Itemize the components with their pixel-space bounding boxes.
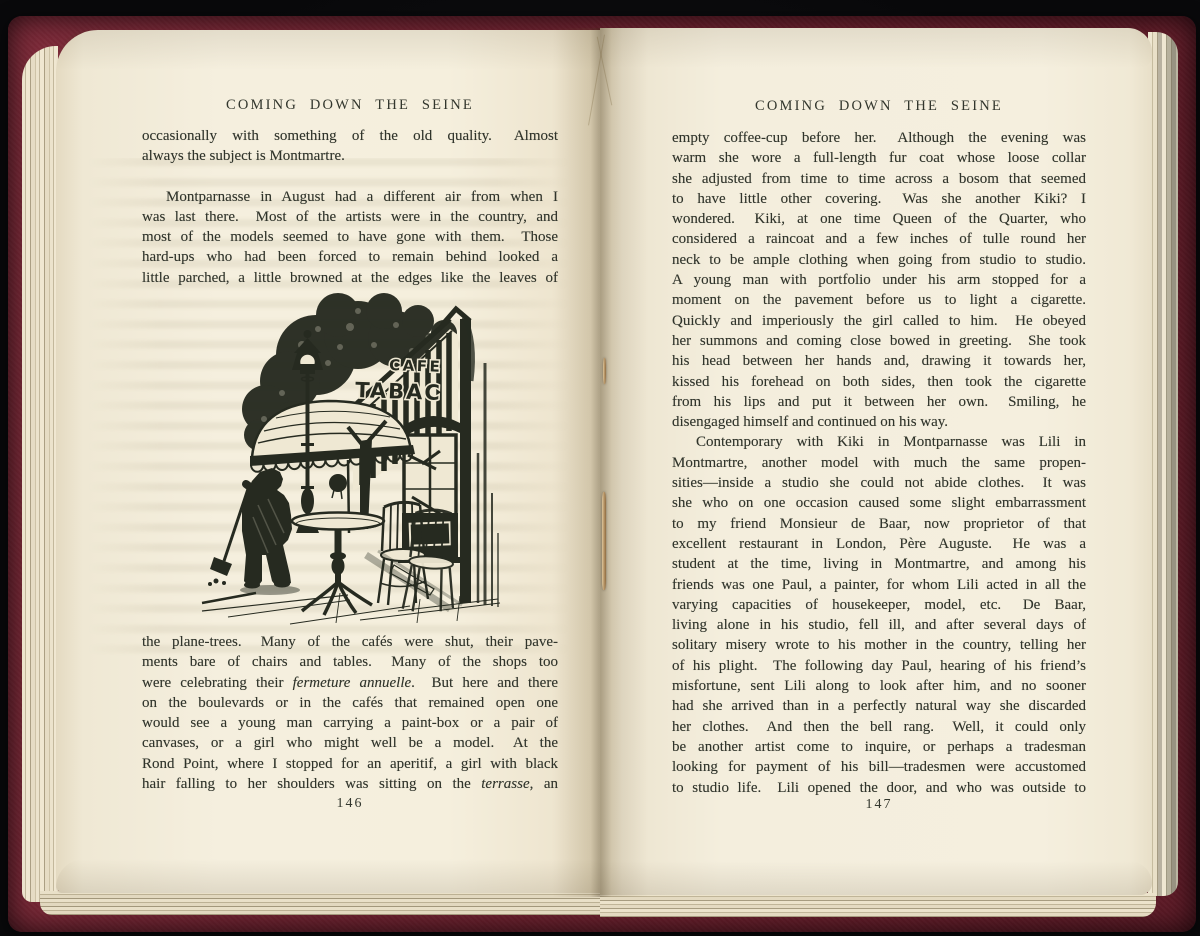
text-line: occasionally with something of the old q… [142,126,558,146]
text-line: sities—inside a studio she could not abi… [672,473,1086,493]
page-shading [600,861,1152,895]
text-line: was last there. Most of the artists were… [142,207,558,227]
broom-head [210,557,232,576]
text-line: kissed his forehead on both sides, then … [672,372,1086,392]
running-head-right: COMING DOWN THE SEINE [672,98,1086,115]
text-line: to have little other covering. Was she a… [672,189,1086,209]
page-shading [600,28,1152,68]
paragraph: the plane-trees. Many of the cafés were … [142,632,558,794]
text-line: Rond Point, where I stopped for an aperi… [142,754,558,774]
right-page-text-block: empty coffee-cup before her. Although th… [672,128,1086,798]
text-line: wondered. Kiki, at one time Queen of the… [672,209,1086,229]
right-page: COMING DOWN THE SEINE empty coffee-cup b… [600,28,1152,895]
text-line: living alone in his studio, fell ill, an… [672,615,1086,635]
text-line: Quickly and imperiously the girl called … [672,311,1086,331]
text-line: canvases, or a girl who might well be a … [142,733,558,753]
book-photograph: COMING DOWN THE SEINE occasionally with … [0,0,1200,936]
text-line: warm she wore a full-length fur coat who… [672,148,1086,168]
text-line: looking for payment of his bill—tradesme… [672,757,1086,777]
sign-cafe-text: CAFE [389,356,443,376]
sign-tabac-text: TABAC [355,378,442,405]
man-figure [208,468,292,589]
text-line: his head between her hands and, drawing … [672,351,1086,371]
paragraph: Montparnasse in August had a different a… [142,187,558,288]
text-line: varying capacities of housekeeper, model… [672,595,1086,615]
text-line: neck to be ample clothing when going fro… [672,250,1086,270]
text-line: ments bare of chairs and tables. Many of… [142,652,558,672]
text-line: be another artist come to inquire, or pe… [672,737,1086,757]
running-head-left: COMING DOWN THE SEINE [142,97,558,114]
left-page: COMING DOWN THE SEINE occasionally with … [56,30,600,893]
cafe-tabac-drawing: CAFE TABAC [198,293,518,627]
text-line: hard-ups who had been forced to remain b… [142,247,558,267]
text-line: her summons and coming close bowed in gr… [672,331,1086,351]
text-line: to studio life. Lili opened the door, an… [672,778,1086,798]
binding-thread [602,492,606,590]
text-line: she adjusted from time to time across a … [672,169,1086,189]
page-edges-right [1148,32,1178,896]
cafe-tabac-illustration: CAFE TABAC [198,293,518,627]
left-page-text-block-1: occasionally with something of the old q… [142,126,558,288]
text-line: disengaged himself and continued on his … [672,412,1086,432]
text-line: Contemporary with Kiki in Montparnasse w… [672,432,1086,452]
text-line: little parched, a little browned at the … [142,268,558,288]
left-page-text-block-2: the plane-trees. Many of the cafés were … [142,632,558,794]
page-number-left: 146 [142,796,558,812]
text-line: Montparnasse in August had a different a… [142,187,558,207]
page-edges-bottom-right [600,893,1156,917]
text-line: of his plight. The following day Paul, h… [672,656,1086,676]
paragraph: empty coffee-cup before her. Although th… [672,128,1086,432]
text-line: would see a young man carrying a paint-b… [142,713,558,733]
text-line: hair falling to her shoulders was sittin… [142,774,558,794]
paragraph: Contemporary with Kiki in Montparnasse w… [672,432,1086,797]
hanging-basket [329,474,347,492]
text-line: Montmartre, another model with much the … [672,453,1086,473]
text-line: she who on one occasion caused some slig… [672,493,1086,513]
text-line: always the subject is Montmartre. [142,146,558,166]
text-line: misfortune, sent Lili along to look afte… [672,676,1086,696]
text-line: student at the time, living in Montmartr… [672,554,1086,574]
text-line: her clothes. And then the bell rang. Wel… [672,717,1086,737]
paragraph: occasionally with something of the old q… [142,126,558,167]
wall-shadow-hatching [478,363,498,607]
text-line: excellent restaurant in London, Père Aug… [672,534,1086,554]
text-line: friends was one Paul, a painter, for who… [672,575,1086,595]
text-line: moment on the pavement before us to ligh… [672,290,1086,310]
page-edges-bottom-left [40,891,600,915]
page-edges-left [22,46,58,902]
text-line: had she arrived than in a perfectly natu… [672,696,1086,716]
text-line: were celebrating their fermeture annuell… [142,673,558,693]
text-line: to my friend Monsieur de Baar, now propr… [672,514,1086,534]
text-line: on the boulevards or in the cafés that r… [142,693,558,713]
text-line: empty coffee-cup before her. Although th… [672,128,1086,148]
page-shading [56,859,600,893]
text-line: A young man with portfolio under his arm… [672,270,1086,290]
page-shading [56,30,600,70]
binding-thread [603,358,606,384]
text-line: considered a raincoat and a few inches o… [672,229,1086,249]
text-line: the plane-trees. Many of the cafés were … [142,632,558,652]
text-line: from his lips and put it between her own… [672,392,1086,412]
page-number-right: 147 [672,797,1086,813]
text-line: solitary misery wrote to his mother in t… [672,635,1086,655]
text-line: most of the models seemed to have gone w… [142,227,558,247]
